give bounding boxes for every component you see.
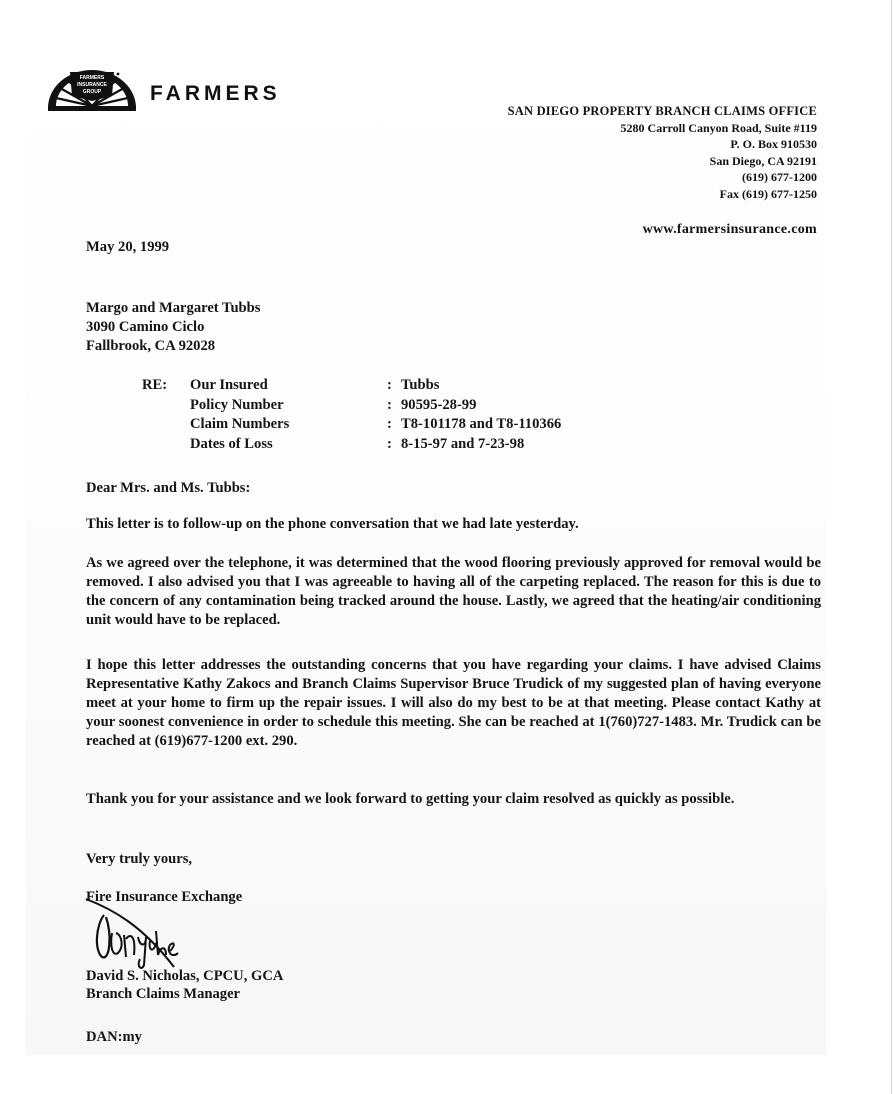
body-paragraph: This letter is to follow-up on the phone… [86,515,821,534]
body-paragraph: I hope this letter addresses the outstan… [86,656,821,751]
closing: Very truly yours, [86,850,192,869]
body-paragraph: Thank you for your assistance and we loo… [86,790,821,809]
svg-text:FARMERS: FARMERS [80,75,105,81]
reference-initials: DAN:my [86,1028,142,1047]
reference-value: T8-101178 and T8-110366 [401,415,561,435]
reference-tag: RE: [142,376,190,396]
farmers-logo-icon: FARMERS INSURANCE GROUP [46,68,138,112]
reference-block: RE: Our Insured : Tubbs Policy Number : … [142,376,561,454]
reference-label: Claim Numbers [190,415,387,435]
page-edge-divider [891,0,892,1094]
signer-title: Branch Claims Manager [86,985,283,1003]
office-address-block: SAN DIEGO PROPERTY BRANCH CLAIMS OFFICE … [508,103,817,202]
reference-colon: : [387,415,401,435]
office-street: 5280 Carroll Canyon Road, Suite #119 [508,120,817,137]
reference-row: Policy Number : 90595-28-99 [142,396,561,416]
reference-value: Tubbs [401,376,439,396]
reference-row: RE: Our Insured : Tubbs [142,376,561,396]
body-paragraph: As we agreed over the telephone, it was … [86,554,821,630]
office-city: San Diego, CA 92191 [508,153,817,170]
website-link[interactable]: www.farmersinsurance.com [643,222,817,238]
office-phone: (619) 677-1200 [508,169,817,186]
recipient-address: Margo and Margaret Tubbs 3090 Camino Cic… [86,299,260,356]
recipient-city: Fallbrook, CA 92028 [86,337,260,356]
reference-colon: : [387,396,401,416]
svg-text:GROUP: GROUP [83,89,102,95]
office-fax: Fax (619) 677-1250 [508,186,817,203]
reference-row: Claim Numbers : T8-101178 and T8-110366 [142,415,561,435]
reference-label: Our Insured [190,376,387,396]
recipient-name: Margo and Margaret Tubbs [86,299,260,318]
svg-text:INSURANCE: INSURANCE [77,82,107,88]
reference-colon: : [387,435,401,455]
reference-label: Dates of Loss [190,435,387,455]
recipient-street: 3090 Camino Ciclo [86,318,260,337]
reference-label: Policy Number [190,396,387,416]
brand-name: FARMERS [150,82,281,106]
signer-block: David S. Nicholas, CPCU, GCA Branch Clai… [86,967,283,1003]
office-name: SAN DIEGO PROPERTY BRANCH CLAIMS OFFICE [508,103,817,120]
reference-row: Dates of Loss : 8-15-97 and 7-23-98 [142,435,561,455]
reference-colon: : [387,376,401,396]
reference-value: 8-15-97 and 7-23-98 [401,435,524,455]
salutation: Dear Mrs. and Ms. Tubbs: [86,479,250,498]
signer-name: David S. Nicholas, CPCU, GCA [86,967,283,985]
reference-value: 90595-28-99 [401,396,476,416]
letter-date: May 20, 1999 [86,238,169,257]
signature-icon [82,895,192,975]
office-po-box: P. O. Box 910530 [508,136,817,153]
